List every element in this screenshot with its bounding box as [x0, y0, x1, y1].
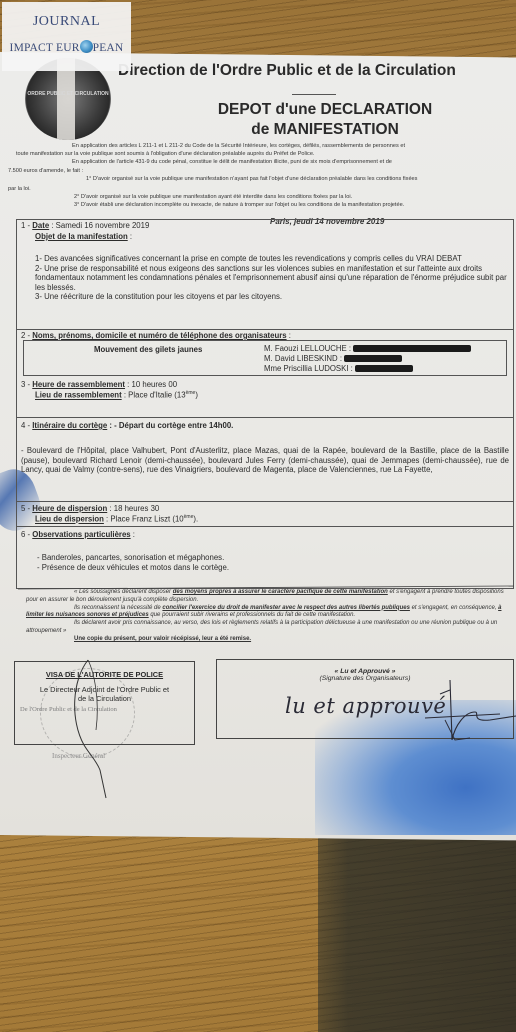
title-line2: de MANIFESTATION [175, 120, 475, 140]
signature-title: « Lu et Approuvé » [217, 668, 513, 675]
redacted-contact [344, 355, 402, 362]
organizer-item: M. Faouzi LELLOUCHE : [264, 344, 471, 354]
logo-line1: JOURNAL [2, 14, 131, 30]
gathering-time-label: Heure de rassemblement [32, 380, 125, 389]
object-label: Objet de la manifestation [35, 232, 128, 241]
stamp-title: Inspecteur Général [52, 752, 105, 760]
movement-name: Mouvement des gilets jaunes [94, 345, 202, 354]
redacted-contact [353, 345, 471, 352]
visa-description: Le Directeur Adjoint de l'Ordre Public e… [15, 685, 194, 703]
dispersion-time-row: 5 - Heure de dispersion : 18 heures 30 [21, 504, 159, 513]
globe-icon [80, 40, 93, 53]
object-suffix: : [128, 232, 132, 241]
declaration-p3: Ils déclarent avoir pris connaissance, a… [26, 620, 504, 636]
organizer-name: Mme Priscillia LUDOSKI : [264, 364, 353, 373]
date-row: 1 - Date : Samedi 16 novembre 2019 [21, 221, 149, 230]
underlined-text: des moyens propres à assurer le caractèr… [173, 589, 388, 595]
organizer-list: M. Faouzi LELLOUCHE : M. David LIBESKIND… [264, 344, 471, 374]
superscript: ème [184, 514, 194, 520]
object-item: 1- Des avancées significatives concernan… [35, 254, 509, 264]
gathering-time-value: : 10 heures 00 [125, 380, 177, 389]
heading-divider [292, 94, 336, 95]
visa-desc-line2: de la Circulation [15, 694, 194, 703]
section-number: 5 - [21, 504, 32, 513]
gathering-place-row: Lieu de rassemblement : Place d'Italie (… [35, 390, 198, 400]
object-item: 2- Une prise de responsabilité et nous e… [35, 264, 509, 293]
observations-label: Observations particulières [32, 530, 130, 539]
logo-text-after: PEAN [93, 42, 124, 54]
object-row: Objet de la manifestation : [35, 232, 132, 241]
place-end: ) [195, 391, 198, 400]
organizer-name: M. David LIBESKIND : [264, 354, 342, 363]
shadow [318, 830, 516, 1032]
dispersion-time-value: : 18 heures 30 [107, 504, 159, 513]
logo-text-before: IMPACT EUR [10, 42, 80, 54]
legal-p4: 2° D'avoir organisé sur la voie publique… [24, 193, 510, 201]
legal-p3b: par la loi. [8, 185, 510, 193]
text: que pourraient subir riverains et profes… [149, 612, 355, 618]
section-observations: 6 - Observations particulières : - Bande… [17, 526, 513, 590]
observations-heading: 6 - Observations particulières : [21, 530, 135, 539]
legal-intro: En application des articles L 211-1 et L… [24, 142, 510, 210]
legal-p3a: 1° D'avoir organisé sur la voie publique… [24, 175, 510, 183]
date-value: : Samedi 16 novembre 2019 [49, 221, 149, 230]
direction-heading: Direction de l'Ordre Public et de la Cir… [118, 62, 516, 80]
declaration-p1: « Les soussignés déclarent disposer des … [26, 589, 504, 605]
legal-p1b: toute manifestation sur la voie publique… [16, 150, 510, 158]
organizers-box: Mouvement des gilets jaunes M. Faouzi LE… [23, 340, 507, 376]
text: et s'engagent, en conséquence, [410, 605, 498, 611]
underlined-text: concilier l'exercice du droit de manifes… [162, 605, 410, 611]
logo-line2: IMPACT EURPEAN [2, 40, 131, 54]
legal-p2b: 7.500 euros d'amende, le fait : [8, 167, 510, 175]
legal-p1a: En application des articles L 211-1 et L… [24, 142, 510, 150]
organizers-declaration: « Les soussignés déclarent disposer des … [26, 589, 504, 644]
dispersion-place-label: Lieu de dispersion [35, 515, 104, 524]
section-number: 6 - [21, 530, 32, 539]
declaration-form: 1 - Date : Samedi 16 novembre 2019 Objet… [16, 219, 514, 589]
place-end: ). [193, 515, 198, 524]
departure-time: : - Départ du cortège entre 14h00. [107, 421, 233, 430]
section-number: 1 - [21, 221, 32, 230]
declaration-p2: Ils reconnaissent la nécessité de concil… [26, 605, 504, 621]
legal-p2a: En application de l'article 431-9 du cod… [24, 158, 510, 166]
section-dispersion: 5 - Heure de dispersion : 18 heures 30 L… [17, 501, 513, 526]
text: Ils reconnaissent la nécessité de [74, 605, 162, 611]
stamp-text: De l'Ordre Public et de la Circulation [20, 706, 117, 713]
section-itinerary: 4 - Itinéraire du cortège : - Départ du … [17, 417, 513, 501]
gathering-time-row: 3 - Heure de rassemblement : 10 heures 0… [21, 380, 177, 389]
signature-subtitle: (Signature des Organisateurs) [217, 675, 513, 682]
section-number: 4 - [21, 421, 32, 430]
itinerary-heading: 4 - Itinéraire du cortège : - Départ du … [21, 421, 233, 430]
observations-suffix: : [131, 530, 135, 539]
observation-item: - Banderoles, pancartes, sonorisation et… [37, 553, 229, 563]
observations-list: - Banderoles, pancartes, sonorisation et… [37, 553, 229, 572]
title-line1: DEPOT d'une DECLARATION [175, 100, 475, 120]
itinerary-label: Itinéraire du cortège [32, 421, 107, 430]
object-list: 1- Des avancées significatives concernan… [35, 254, 509, 302]
dispersion-time-label: Heure de dispersion [32, 504, 107, 513]
organizers-heading: 2 - Noms, prénoms, domicile et numéro de… [21, 331, 291, 340]
organizer-item: Mme Priscillia LUDOSKI : [264, 364, 471, 374]
copy-notice: Une copie du présent, pour valoir récépi… [26, 636, 504, 644]
section-number: 3 - [21, 380, 32, 389]
organizers-suffix: : [287, 331, 291, 340]
dispersion-place-value: : Place Franz Liszt (10 [104, 515, 184, 524]
gathering-place-value: : Place d'Italie (13 [122, 391, 186, 400]
police-visa-box: VISA DE L'AUTORITE DE POLICE Le Directeu… [14, 661, 195, 745]
journal-watermark-logo: JOURNAL IMPACT EURPEAN [2, 2, 131, 71]
section-organizers: 2 - Noms, prénoms, domicile et numéro de… [17, 329, 513, 417]
redacted-contact [355, 365, 413, 372]
date-label: Date [32, 221, 49, 230]
itinerary-route: - Boulevard de l'Hôpital, place Valhuber… [21, 446, 509, 475]
observation-item: - Présence de deux véhicules et motos da… [37, 563, 229, 573]
document-title: DEPOT d'une DECLARATION de MANIFESTATION [175, 100, 475, 140]
gathering-place-label: Lieu de rassemblement [35, 391, 122, 400]
superscript: ème [186, 390, 196, 396]
dispersion-place-row: Lieu de dispersion : Place Franz Liszt (… [35, 514, 198, 524]
handwritten-approval: lu et approuvé [285, 694, 446, 718]
section-number: 2 - [21, 331, 32, 340]
seal-text: ORDRE PUBLIC ET CIRCULATION [25, 91, 111, 98]
organizer-name: M. Faouzi LELLOUCHE : [264, 344, 351, 353]
visa-desc-line1: Le Directeur Adjoint de l'Ordre Public e… [15, 685, 194, 694]
organizer-item: M. David LIBESKIND : [264, 354, 471, 364]
object-item: 3- Une réécriture de la constitution pou… [35, 292, 509, 302]
section-date-object: 1 - Date : Samedi 16 novembre 2019 Objet… [17, 220, 513, 329]
text: « Les soussignés déclarent disposer [74, 589, 173, 595]
legal-p5: 3° D'avoir établi une déclaration incomp… [24, 201, 510, 209]
visa-title: VISA DE L'AUTORITE DE POLICE [15, 670, 194, 679]
organizers-label: Noms, prénoms, domicile et numéro de tél… [32, 331, 286, 340]
